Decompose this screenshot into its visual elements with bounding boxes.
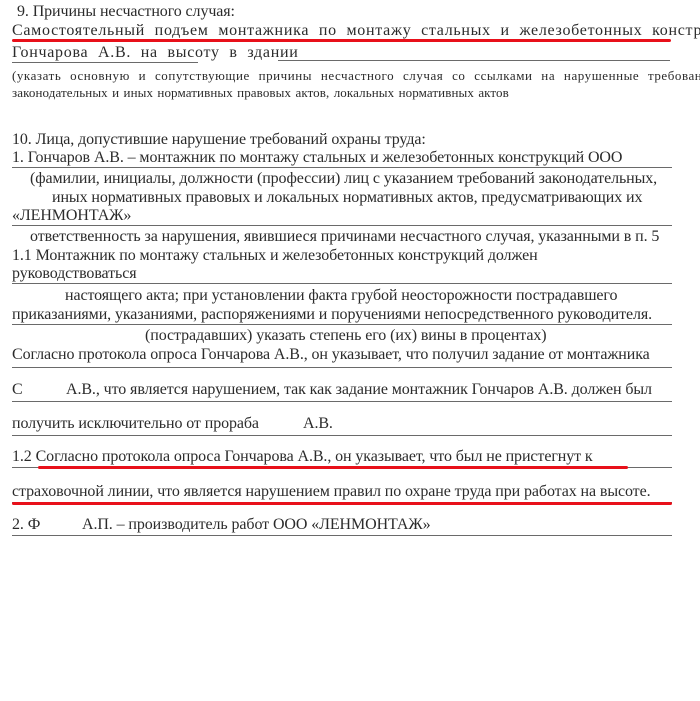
underline: [12, 401, 672, 402]
underline: [12, 367, 672, 368]
section-9-heading: 9. Причины несчастного случая:: [17, 3, 235, 21]
underline: [278, 60, 670, 61]
item-1-1-line-b: руководствоваться: [12, 265, 137, 283]
item-1-1-line-f: получить исключительно от прораба: [12, 415, 259, 433]
section-9-hint-2: законодательных и иных нормативных право…: [12, 84, 509, 102]
underline: [12, 167, 672, 168]
underline: [12, 324, 672, 325]
underline: [12, 435, 672, 436]
item-1-1-line-c: приказаниями, указаниями, распоряжениями…: [12, 306, 652, 324]
section-10-hint-4: настоящего акта; при установлении факта …: [65, 287, 617, 305]
section-10-hint-5: (пострадавших) указать степень его (их) …: [145, 327, 547, 345]
section-10-heading: 10. Лица, допустившие нарушение требован…: [12, 131, 426, 149]
underline: [12, 62, 198, 63]
underline: [12, 283, 672, 284]
item-1-1-line-e-prefix: С: [12, 381, 23, 399]
section-10-hint-3: ответственность за нарушения, явившиеся …: [30, 228, 659, 246]
section-10-hint-2: иных нормативных правовых и локальных но…: [52, 189, 642, 207]
section-9-hint-1: (указать основную и сопутствующие причин…: [12, 67, 700, 85]
underline: [12, 535, 672, 536]
item-1-2-line-b: страховочной линии, что является нарушен…: [12, 483, 650, 501]
item-1-1-line-d: Согласно протокола опроса Гончарова А.В.…: [12, 346, 650, 364]
red-highlight-underline: [12, 39, 671, 42]
item-1-1-line-f-suffix: А.В.: [303, 415, 333, 433]
underline: [12, 225, 672, 226]
item-1-2-line-a: 1.2 Согласно протокола опроса Гончарова …: [12, 448, 593, 466]
person-2-line: А.П. – производитель работ ООО «ЛЕНМОНТА…: [82, 516, 431, 534]
section-9-cause-line-2: Гончарова А.В. на высоту в здании: [12, 44, 298, 62]
section-10-hint-1: (фамилии, инициалы, должности (профессии…: [30, 170, 657, 188]
item-1-1-line-e: А.В., что является нарушением, так как з…: [66, 381, 652, 399]
section-9-cause-line-1: Самостоятельный подъем монтажника по мон…: [12, 22, 700, 40]
item-1-1-line-a: 1.1 Монтажник по монтажу стальных и желе…: [12, 247, 538, 265]
company-name: «ЛЕНМОНТАЖ»: [12, 207, 131, 225]
red-highlight-underline: [12, 502, 672, 505]
person-1-line: 1. Гончаров А.В. – монтажник по монтажу …: [12, 149, 622, 167]
person-2-prefix: 2. Ф: [12, 516, 40, 534]
red-highlight-underline: [38, 466, 628, 469]
